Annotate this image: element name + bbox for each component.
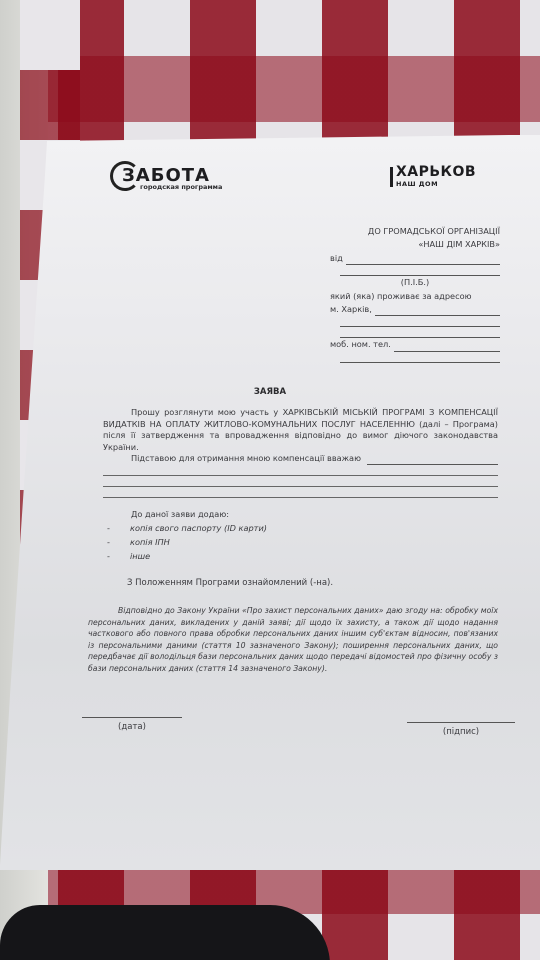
basis-field-line-4[interactable]	[103, 487, 498, 498]
date-field[interactable]	[82, 706, 182, 718]
dark-object	[0, 905, 330, 960]
city-row: м. Харків,	[330, 303, 500, 316]
document-title: ЗАЯВА	[0, 387, 540, 397]
attachment-label: копія свого паспорту (ID карти)	[130, 521, 267, 535]
phone-field[interactable]	[394, 343, 500, 352]
application-paragraph: Прошу розглянути мою участь у ХАРКІВСЬКІ…	[103, 407, 498, 453]
circular-arrow-icon	[110, 161, 140, 191]
address-field[interactable]	[375, 307, 500, 316]
phone-field-line-2[interactable]	[340, 352, 500, 363]
addressee-block: ДО ГРОМАДСЬКОЇ ОРГАНІЗАЦІЇ «НАШ ДІМ ХАРК…	[330, 225, 500, 363]
name-caption: (П.І.Б.)	[330, 276, 500, 289]
kharkiv-logo-subtitle: НАШ ДОМ	[396, 180, 476, 188]
phone-row: моб. ном. тел.	[330, 338, 500, 351]
kharkiv-logo-name: ХАРЬКОВ	[396, 165, 476, 180]
basis-field[interactable]	[367, 456, 498, 465]
date-label: (дата)	[82, 722, 182, 732]
city-label: м. Харків,	[330, 303, 372, 316]
attachments-block: До даної заяви додаю: - копія свого пасп…	[103, 507, 403, 563]
signature-block: (підпис)	[407, 711, 515, 737]
zabota-logo-subtitle: городская программа	[140, 183, 222, 191]
kharkiv-logo: ХАРЬКОВ НАШ ДОМ	[390, 165, 476, 188]
phone-label: моб. ном. тел.	[330, 338, 391, 351]
addressee-line-1: ДО ГРОМАДСЬКОЇ ОРГАНІЗАЦІЇ	[330, 225, 500, 238]
basis-field-line-2[interactable]	[103, 465, 498, 476]
logo-bar-icon	[390, 167, 393, 187]
application-form-paper: ЗАБОТА городская программа ХАРЬКОВ НАШ Д…	[0, 135, 540, 870]
basis-label: Підставою для отримання мною компенсації…	[103, 453, 361, 465]
attachments-heading: До даної заяви додаю:	[103, 507, 403, 521]
attachment-item: - копія ІПН	[103, 535, 403, 549]
residence-label: який (яка) проживає за адресою	[330, 290, 500, 303]
signature-field[interactable]	[407, 711, 515, 723]
address-field-line-3[interactable]	[340, 327, 500, 338]
address-field-line-2[interactable]	[340, 316, 500, 327]
from-label: від	[330, 252, 343, 265]
basis-row: Підставою для отримання мною компенсації…	[103, 453, 498, 465]
bullet-dash: -	[103, 521, 130, 535]
attachment-label: інше	[130, 549, 150, 563]
signature-label: (підпис)	[407, 727, 515, 737]
from-name-field[interactable]	[346, 256, 500, 265]
consent-paragraph: Відповідно до Закону України «Про захист…	[88, 605, 498, 675]
basis-field-line-3[interactable]	[103, 476, 498, 487]
data-consent-block: Відповідно до Закону України «Про захист…	[88, 605, 498, 675]
acknowledgement-text: З Положенням Програми ознайомлений (-на)…	[127, 578, 333, 588]
zabota-logo: ЗАБОТА городская программа	[116, 165, 222, 191]
addressee-line-2: «НАШ ДІМ ХАРКІВ»	[330, 238, 500, 251]
bullet-dash: -	[103, 535, 130, 549]
attachment-label: копія ІПН	[130, 535, 170, 549]
from-row: від	[330, 252, 500, 265]
application-body: Прошу розглянути мою участь у ХАРКІВСЬКІ…	[103, 407, 498, 498]
bullet-dash: -	[103, 549, 130, 563]
attachment-item: - копія свого паспорту (ID карти)	[103, 521, 403, 535]
date-block: (дата)	[82, 706, 182, 732]
name-field-line-2[interactable]	[340, 265, 500, 276]
attachment-item: - інше	[103, 549, 403, 563]
